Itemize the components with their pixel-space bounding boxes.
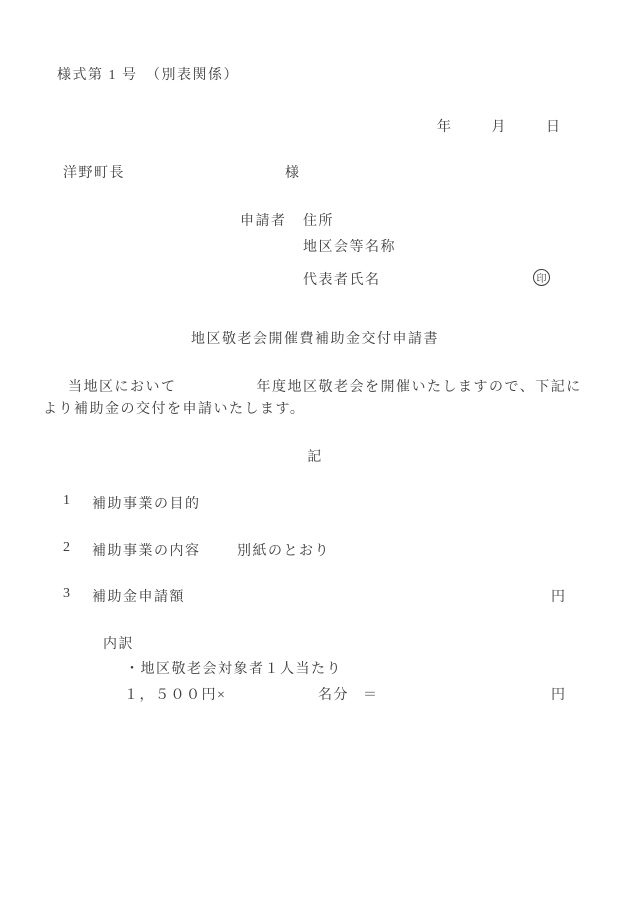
addressee-blank	[125, 176, 285, 177]
seal-character: 印	[537, 270, 547, 285]
date-day-label: 日	[546, 116, 560, 136]
formula-unit-price: １，５００円×	[124, 684, 226, 704]
applicant-group-name-label: 地区会等名称	[303, 236, 396, 256]
formula-count-suffix: 名分	[318, 684, 349, 704]
document-title: 地区敬老会開催費補助金交付申請書	[0, 328, 630, 348]
item3-number: 3	[63, 586, 70, 602]
addressee-honorific: 様	[285, 166, 301, 181]
seal-icon: 印	[533, 269, 550, 286]
document-page: 様式第 1 号 （別表関係） 年 月 日 洋野町長様 申請者 住所 地区会等名称…	[0, 0, 630, 915]
count-blank	[250, 684, 315, 685]
fiscal-year-blank	[177, 390, 257, 391]
item2-number: 2	[63, 540, 70, 556]
body-line1-tail: 年度地区敬老会を開催いたしますので、下記に	[257, 380, 582, 395]
breakdown-formula: １，５００円× 名分 ＝ 円	[0, 684, 630, 700]
body-line-1: 当地区において年度地区敬老会を開催いたしますので、下記に	[43, 376, 582, 396]
list-item-3: 3 補助金申請額 円	[0, 586, 630, 602]
body-line1-lead: 当地区において	[68, 380, 177, 395]
item3-label: 補助金申請額	[92, 586, 185, 606]
date-month-label: 月	[492, 116, 506, 136]
applicant-row-address: 申請者 住所	[0, 210, 630, 226]
date-line: 年 月 日	[437, 116, 560, 136]
applicant-address-label: 住所	[303, 210, 334, 230]
formula-equals: ＝	[363, 684, 379, 704]
list-item-1: 1 補助事業の目的	[0, 493, 630, 509]
applicant-representative-label: 代表者氏名	[303, 269, 381, 289]
item2-label: 補助事業の内容	[92, 540, 201, 560]
total-blank	[385, 684, 545, 685]
list-item-2: 2 補助事業の内容 別紙のとおり	[0, 540, 630, 556]
item1-number: 1	[63, 493, 70, 509]
body-line-2: より補助金の交付を申請いたします。	[43, 398, 305, 418]
breakdown-bullet: ・地区敬老会対象者１人当たり	[125, 658, 342, 678]
paragraph-indent	[43, 390, 68, 391]
addressee-line: 洋野町長様	[63, 162, 301, 182]
addressee-name: 洋野町長	[63, 166, 125, 181]
applicant-label: 申請者	[240, 210, 287, 230]
item2-value: 別紙のとおり	[237, 540, 330, 560]
list-header: 記	[0, 446, 630, 466]
amount-blank	[215, 586, 545, 587]
item1-label: 補助事業の目的	[92, 493, 201, 513]
form-number: 様式第 1 号 （別表関係）	[57, 64, 239, 84]
breakdown-label: 内訳	[103, 633, 134, 653]
formula-unit: 円	[551, 684, 567, 704]
item3-unit: 円	[551, 586, 567, 606]
date-year-label: 年	[437, 116, 451, 136]
